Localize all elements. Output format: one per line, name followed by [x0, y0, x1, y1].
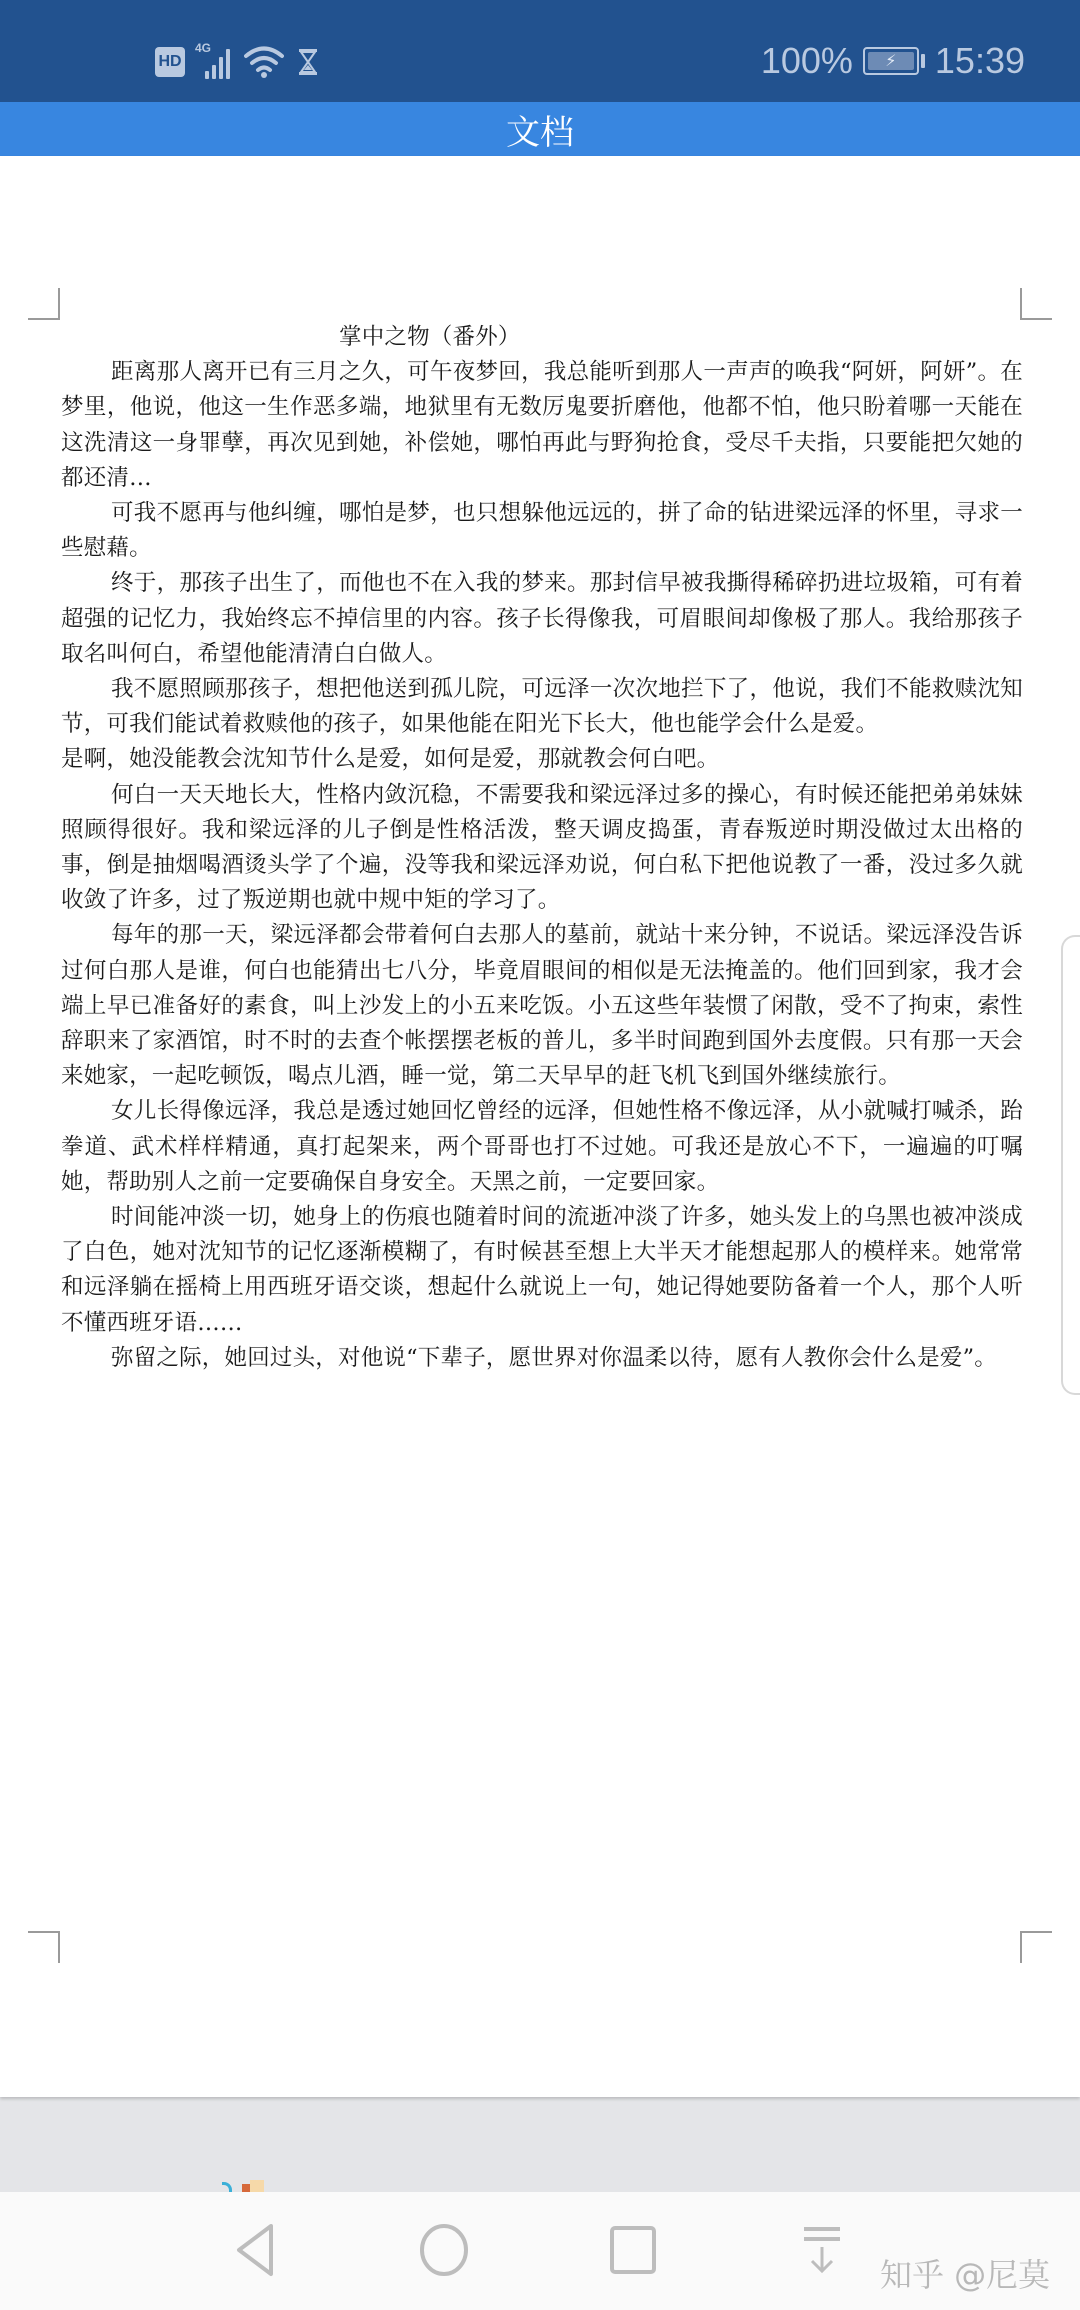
battery-percent: 100% [761, 40, 853, 82]
app-title: 文档 [506, 105, 574, 154]
back-button[interactable] [225, 2220, 285, 2280]
paragraph: 弥留之际，她回过头，对他说“下辈子，愿世界对你温柔以待，愿有人教你会什么是爱”。 [61, 1341, 1023, 1376]
app-title-bar: 文档 [0, 102, 1080, 156]
recent-apps-button[interactable] [603, 2220, 663, 2280]
paragraph: 可我不愿再与他纠缠，哪怕是梦，也只想躲他远远的，拼了命的钻进梁远泽的怀里，寻求一… [61, 496, 1023, 566]
status-right-icons: 100% ⚡ 15:39 [761, 36, 1025, 86]
cellular-signal-icon: 4G [199, 45, 230, 79]
document-title: 掌中之物（番外） [61, 320, 1023, 355]
status-bar: HD 4G 100% ⚡ 15:39 [0, 0, 1080, 102]
hd-icon: HD [155, 47, 185, 77]
crop-mark-bottom-right [1020, 1931, 1052, 1963]
watermark: 知乎 @尼莫 [880, 2250, 1050, 2296]
document-page[interactable]: 掌中之物（番外） 距离那人离开已有三月之久，可午夜梦回，我总能听到那人一声声的唤… [0, 156, 1080, 2097]
back-triangle-icon [233, 2223, 277, 2277]
wifi-icon [244, 45, 284, 79]
recent-square-icon [609, 2225, 657, 2275]
paragraph: 是啊，她没能教会沈知节什么是爱，如何是爱，那就教会何白吧。 [61, 742, 1023, 777]
home-circle-icon [417, 2223, 471, 2277]
paragraph: 终于，那孩子出生了，而他也不在入我的梦来。那封信早被我撕得稀碎扔进垃圾箱，可有着… [61, 566, 1023, 672]
paragraph: 时间能冲淡一切，她身上的伤痕也随着时间的流逝冲淡了许多，她头发上的乌黑也被冲淡成… [61, 1200, 1023, 1341]
status-left-icons: HD 4G [155, 40, 318, 84]
hourglass-icon [298, 48, 318, 76]
network-type-label: 4G [195, 41, 211, 55]
battery-charging-icon: ⚡ [863, 47, 919, 75]
pull-down-arrow-icon [800, 2225, 844, 2275]
paragraph: 何白一天天地长大，性格内敛沉稳，不需要我和梁远泽过多的操心，有时候还能把弟弟妹妹… [61, 778, 1023, 919]
edge-swipe-handle[interactable] [1061, 935, 1080, 1395]
clock: 15:39 [935, 40, 1025, 82]
document-body[interactable]: 掌中之物（番外） 距离那人离开已有三月之久，可午夜梦回，我总能听到那人一声声的唤… [61, 320, 1023, 1376]
crop-mark-bottom-left [28, 1931, 60, 1963]
notification-pulldown-button[interactable] [792, 2220, 852, 2280]
paragraph: 我不愿照顾那孩子，想把他送到孤儿院，可远泽一次次地拦下了，他说，我们不能救赎沈知… [61, 672, 1023, 742]
system-nav-bar: 知乎 @尼莫 [0, 2192, 1080, 2310]
paragraph: 每年的那一天，梁远泽都会带着何白去那人的墓前，就站十来分钟，不说话。梁远泽没告诉… [61, 918, 1023, 1094]
battery-cap [921, 54, 925, 68]
crop-mark-top-right [1020, 288, 1052, 320]
paragraph: 女儿长得像远泽，我总是透过她回忆曾经的远泽，但她性格不像远泽，从小就喊打喊杀，跆… [61, 1094, 1023, 1200]
home-button[interactable] [414, 2220, 474, 2280]
crop-mark-top-left [28, 288, 60, 320]
paragraph: 距离那人离开已有三月之久，可午夜梦回，我总能听到那人一声声的唤我“阿妍，阿妍”。… [61, 355, 1023, 496]
